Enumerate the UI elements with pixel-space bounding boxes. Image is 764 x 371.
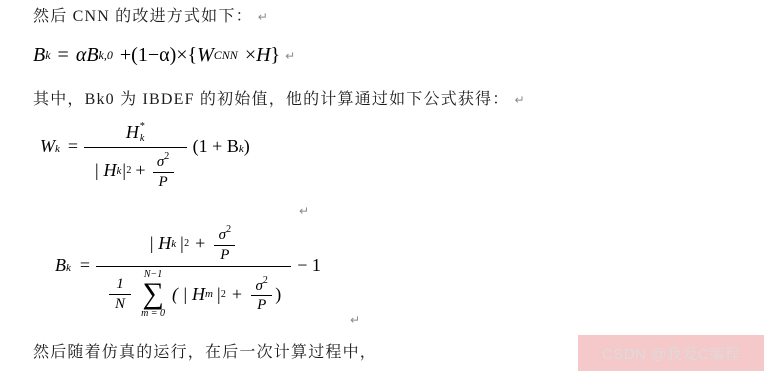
f3-sigma-top-num: σ2 (215, 224, 235, 245)
f2-denominator: | Hk|2 + σ2 P (84, 147, 187, 190)
f1-alpha-b: αB (76, 44, 99, 67)
f3-den-sup: 2 (221, 289, 226, 300)
f3-eq: = (80, 255, 90, 276)
f1-mid: +(1−α)×{ (120, 44, 197, 67)
f3-den-plus: + (232, 284, 242, 305)
f1-lhs: B (33, 44, 45, 67)
f3-den-sub: m (205, 288, 213, 300)
f3-coef-den: N (109, 294, 131, 313)
f2-den-sup: 2 (126, 165, 131, 176)
f3-coef-num: 1 (112, 276, 128, 294)
f3-num-open: | H (149, 233, 171, 254)
f3-sigma-top: σ (219, 227, 226, 243)
f2-tail: (1 + Bk) (193, 136, 250, 157)
f3-numerator: | Hk|2 + σ2 P (139, 224, 249, 266)
f2-eq: = (68, 136, 78, 157)
paragraph-intro-text: 然后 CNN 的改进方式如下： (33, 8, 253, 25)
csdn-watermark: CSDN @我爱C编程 (578, 335, 764, 371)
paragraph-footer-text: 然后随着仿真的运行，在后一次计算过程中， (33, 344, 377, 361)
f3-sigma-bot: σ (255, 278, 262, 294)
f1-w: W (197, 44, 214, 67)
f2-num-sup: * (140, 121, 145, 133)
f3-sigma-bot-den: P (251, 295, 272, 314)
f3-sum-lower: m = 0 (141, 309, 165, 319)
f3-num-plus: + (195, 233, 205, 254)
f1-close: } (271, 44, 281, 67)
paragraph-mark-icon: ↵ (299, 204, 309, 218)
f3-lhs-sub: k (66, 262, 71, 274)
f3-sigma-top-sup: 2 (226, 224, 231, 235)
formula-bk-update: Bk = αBk,0 +(1−α)×{WCNN ×H} ↵ (33, 44, 295, 67)
f2-sigma-den: P (153, 172, 174, 191)
f2-sigma-frac: σ2 P (153, 151, 174, 190)
f3-num-sup: 2 (184, 238, 189, 249)
formula-bk-init: Bk = | Hk|2 + σ2 P 1 N N−1 ∑ m = (55, 224, 321, 319)
f2-tail-open: (1 + B (193, 136, 239, 157)
f3-sigma-bot-num: σ2 (251, 275, 271, 296)
f2-num-base: H (126, 122, 139, 143)
paragraph-explain-text: 其中，Bk0 为 IBDEF 的初始值，他的计算通过如下公式获得： (33, 91, 510, 108)
f3-sigma-top-den: P (214, 245, 235, 264)
f1-lhs-sub: k (45, 48, 50, 63)
paragraph-intro: 然后 CNN 的改进方式如下：↵ (33, 7, 268, 27)
f2-sigma-num: σ2 (153, 151, 173, 172)
f3-den-open: ( | H (172, 284, 205, 305)
f2-num-sub: k (140, 133, 144, 145)
f3-fraction: | Hk|2 + σ2 P 1 N N−1 ∑ m = 0 ( | Hm|2 (96, 224, 291, 319)
paragraph-mark-icon: ↵ (350, 313, 360, 327)
f2-fraction: H*k | Hk|2 + σ2 P (84, 121, 187, 190)
document-page: 然后 CNN 的改进方式如下：↵ Bk = αBk,0 +(1−α)×{WCNN… (0, 0, 764, 371)
f2-lhs-sub: k (55, 143, 60, 155)
f1-h: H (256, 44, 270, 67)
f3-lhs: B (55, 255, 66, 276)
f3-lhs-group: Bk = (55, 255, 90, 276)
csdn-watermark-text: CSDN @我爱C编程 (602, 343, 740, 364)
f3-sigma-frac-top: σ2 P (214, 224, 235, 263)
f3-sigma-bot-sup: 2 (263, 275, 268, 286)
f2-numerator: H*k (116, 121, 155, 147)
f2-num-supsub: *k (140, 121, 145, 144)
f1-eq: = (58, 44, 69, 67)
paragraph-mark-icon: ↵ (285, 49, 295, 63)
f3-tail: − 1 (297, 255, 321, 276)
f2-den-plus: + (135, 160, 145, 181)
f2-den-open: | H (94, 160, 116, 181)
f2-lhs-group: Wk = (40, 136, 78, 157)
f3-num-sub: k (171, 238, 176, 250)
f3-coef-frac: 1 N (109, 276, 131, 312)
sigma-sum-icon: ∑ (142, 280, 163, 309)
f2-lhs: W (40, 136, 55, 157)
f3-sigma-frac-bottom: σ2 P (251, 275, 272, 314)
f1-w-sub: CNN (214, 48, 238, 63)
f2-sigma-sup: 2 (164, 151, 169, 162)
paragraph-mark-icon: ↵ (515, 93, 525, 107)
formula-wk: Wk = H*k | Hk|2 + σ2 P (1 + Bk) (40, 121, 250, 190)
paragraph-explain: 其中，Bk0 为 IBDEF 的初始值，他的计算通过如下公式获得：↵ (33, 90, 525, 110)
f1-times: × (245, 44, 256, 67)
paragraph-mark-icon: ↵ (258, 10, 268, 24)
f3-summation: N−1 ∑ m = 0 (141, 270, 165, 319)
f3-den-end: ) (275, 284, 281, 305)
f2-tail-close: ) (244, 136, 250, 157)
f3-denominator: 1 N N−1 ∑ m = 0 ( | Hm|2 + σ2 P ) (96, 266, 291, 319)
f1-alpha-b-sub: k,0 (99, 48, 113, 63)
paragraph-footer: 然后随着仿真的运行，在后一次计算过程中， (33, 343, 377, 362)
